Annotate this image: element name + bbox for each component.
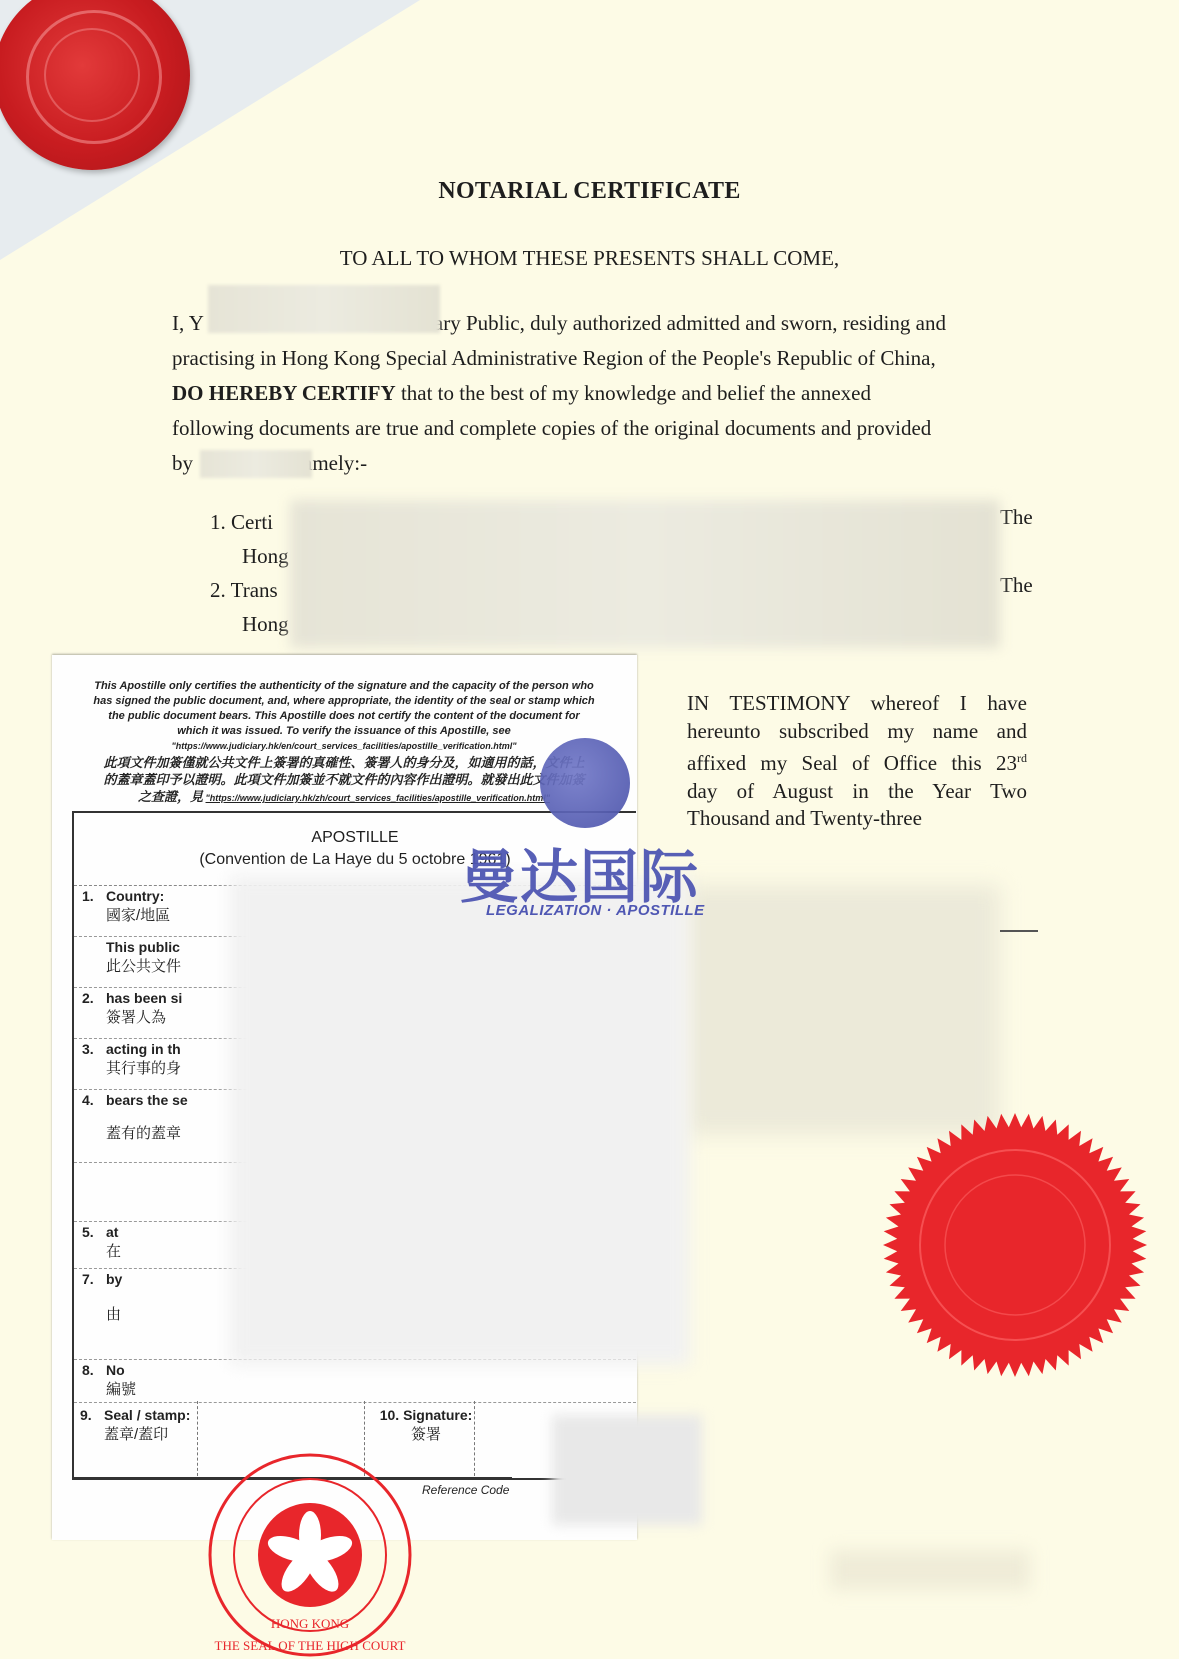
seal-stamp-label: 9.Seal / stamp:蓋章/蓋印	[72, 1405, 200, 1445]
list-item-1-tail: The	[1000, 505, 1033, 530]
signature-label: 10. Signature:簽署	[368, 1405, 476, 1445]
apostille-disclaimer: This Apostille only certifies the authen…	[74, 679, 614, 806]
list-item-2-tail: The	[1000, 573, 1033, 598]
redacted-documents	[290, 500, 1000, 648]
testimony-line: IN TESTIMONY whereof I have	[687, 690, 1027, 718]
brand-tagline: LEGALIZATION · APOSTILLE	[486, 902, 705, 919]
disclaimer-zh-prefix: 之查證，見	[138, 789, 203, 804]
testimony-line: Thousand and Twenty-three	[687, 805, 1027, 833]
disclaimer-line: has signed the public document, and, whe…	[74, 694, 614, 709]
disclaimer-line-zh: 此項文件加簽僅就公共文件上簽署的真確性、簽署人的身分及，如適用的話，文件上	[74, 754, 614, 771]
redacted-notary-name	[208, 285, 440, 333]
disclaimer-line: This Apostille only certifies the authen…	[74, 679, 614, 694]
redacted-provider-name	[200, 450, 312, 478]
verification-url-en[interactable]: "https://www.judiciary.hk/en/court_servi…	[74, 739, 614, 754]
reference-code-label: Reference Code	[422, 1483, 509, 1497]
testimony-line: day of August in the Year Two	[687, 778, 1027, 806]
list-item: Hong	[210, 539, 289, 573]
svg-text:THE SEAL OF THE HIGH COURT: THE SEAL OF THE HIGH COURT	[215, 1638, 406, 1653]
body-line-4: following documents are true and complet…	[172, 411, 1027, 446]
verification-url-zh[interactable]: "https://www.judiciary.hk/zh/court_servi…	[206, 793, 550, 803]
signature-line	[1000, 930, 1038, 932]
list-item: 1. Certi	[210, 505, 289, 539]
disclaimer-line: the public document bears. This Apostill…	[74, 709, 614, 724]
documents-list: 1. Certi Hong 2. Trans Hong	[210, 505, 289, 641]
notary-embossed-seal-icon	[880, 1110, 1150, 1380]
body-line-2: practising in Hong Kong Special Administ…	[172, 341, 1027, 376]
testimony-line: hereunto subscribed my name and	[687, 718, 1027, 746]
disclaimer-line: which it was issued. To verify the issua…	[74, 724, 614, 739]
redacted-notary-signature	[685, 885, 1000, 1135]
redacted-footer	[830, 1550, 1030, 1590]
list-item: Hong	[210, 607, 289, 641]
redacted-signature-reference	[552, 1415, 702, 1525]
signature-value-divider	[474, 1401, 475, 1476]
disclaimer-line-zh: 的蓋章蓋印予以證明。此項文件加簽並不就文件的內容作出證明。就發出此文件加簽	[74, 771, 614, 788]
document-title: NOTARIAL CERTIFICATE	[0, 178, 1179, 205]
salutation: TO ALL TO WHOM THESE PRESENTS SHALL COME…	[0, 246, 1179, 271]
body-line-3: DO HEREBY CERTIFY that to the best of my…	[172, 376, 1027, 411]
seal-cell-divider	[197, 1401, 198, 1476]
testimony-line: affixed my Seal of Office this 23rd	[687, 745, 1027, 778]
redacted-apostille-values	[230, 875, 690, 1365]
field-number: 8.No編號	[74, 1360, 636, 1403]
testimony-paragraph: IN TESTIMONY whereof I have hereunto sub…	[687, 690, 1027, 833]
high-court-seal-icon: HONG KONG THE SEAL OF THE HIGH COURT	[205, 1450, 415, 1659]
svg-text:HONG KONG: HONG KONG	[271, 1616, 349, 1631]
list-item: 2. Trans	[210, 573, 289, 607]
globe-watermark-icon	[540, 738, 630, 828]
